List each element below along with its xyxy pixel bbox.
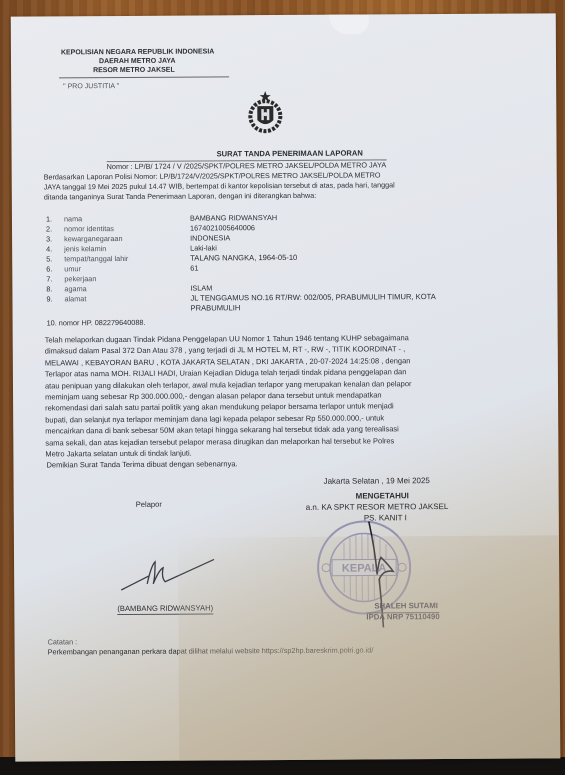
identity-no: 7. — [46, 275, 52, 282]
identity-label: tempat/tanggal lahir — [64, 255, 128, 263]
police-emblem-icon — [243, 90, 287, 134]
identity-value: 1674021005640006 — [190, 224, 255, 232]
identity-no: 9. — [46, 295, 52, 302]
phone-line: 10. nomor HP. 082279640088. — [47, 319, 146, 327]
identity-label: jenis kelamin — [64, 245, 106, 253]
reporter-label: Pelapor — [136, 501, 162, 509]
identity-no: 6. — [46, 265, 52, 272]
identity-value: JL TENGGAMUS NO.16 RT/RW: 002/005, PRABU… — [190, 293, 435, 302]
officer-name: SHALEH SUTAMI — [374, 602, 438, 610]
identity-label: umur — [64, 265, 81, 272]
identity-label: agama — [64, 285, 86, 292]
identity-value: BAMBANG RIDWANSYAH — [190, 214, 277, 222]
report-line: Metro Jakarta selatan untuk di tindak la… — [45, 445, 550, 459]
acknowledge-office: a.n. KA SPKT RESOR METRO JAKSEL — [306, 503, 449, 512]
identity-label: pekerjaan — [64, 275, 96, 282]
acknowledge-title: MENGETAHUI — [356, 492, 409, 500]
identity-value: 61 — [190, 265, 198, 272]
agency-name: KEPOLISIAN NEGARA REPUBLIK INDONESIA — [61, 48, 214, 56]
document-title: SURAT TANDA PENERIMAAN LAPORAN — [217, 150, 363, 158]
report-paragraph: Telah melaporkan dugaan Tindak Pidana Pe… — [45, 331, 551, 460]
identity-value: ISLAM — [190, 284, 212, 291]
pro-justitia: " PRO JUSTITIA " — [63, 83, 119, 90]
reporter-name: (BAMBANG RIDWANSYAH) — [117, 604, 213, 614]
identity-value: Laki-laki — [190, 244, 217, 251]
identity-no: 4. — [46, 245, 52, 252]
reporter-signature-icon — [119, 555, 219, 594]
intro-paragraph: Berdasarkan Laporan Polisi Nomor: LP/B/1… — [44, 169, 549, 202]
agency-region: DAERAH METRO JAYA — [99, 58, 176, 65]
identity-no: 8. — [46, 285, 52, 292]
document-paper: KEPOLISIAN NEGARA REPUBLIK INDONESIA DAE… — [11, 13, 561, 761]
identity-label: alamat — [64, 295, 86, 302]
identity-label: nama — [64, 215, 82, 222]
place-date: Jakarta Selatan , 19 Mei 2025 — [324, 477, 430, 486]
closing-statement: Demikian Surat Tanda Terima dibuat denga… — [46, 460, 237, 469]
identity-label: nomor identitas — [64, 225, 114, 233]
identity-no: 5. — [46, 255, 52, 262]
notes-label: Catatan : — [48, 638, 78, 645]
identity-label: kewarganegaraan — [64, 235, 122, 243]
notes-text: Perkembangan penanganan perkara dapat di… — [48, 646, 374, 655]
agency-resor: RESOR METRO JAKSEL — [93, 67, 175, 74]
identity-value-cont: PRABUMULIH — [190, 304, 240, 312]
identity-no: 1. — [46, 215, 52, 222]
identity-value: INDONESIA — [190, 234, 230, 242]
officer-rank: IPDA NRP 75110490 — [366, 612, 439, 621]
identity-value: TALANG NANGKA, 1964-05-10 — [190, 254, 297, 262]
header-divider — [59, 76, 229, 78]
intro-line: ditanda tanganinya Surat Tanda Penerimaa… — [44, 189, 549, 202]
identity-no: 2. — [46, 225, 52, 232]
torn-corner — [329, 14, 369, 34]
identity-no: 3. — [46, 235, 52, 242]
document-number: Nomor : LP/B/ 1724 / V /2025/SPKT/POLRES… — [107, 159, 387, 170]
